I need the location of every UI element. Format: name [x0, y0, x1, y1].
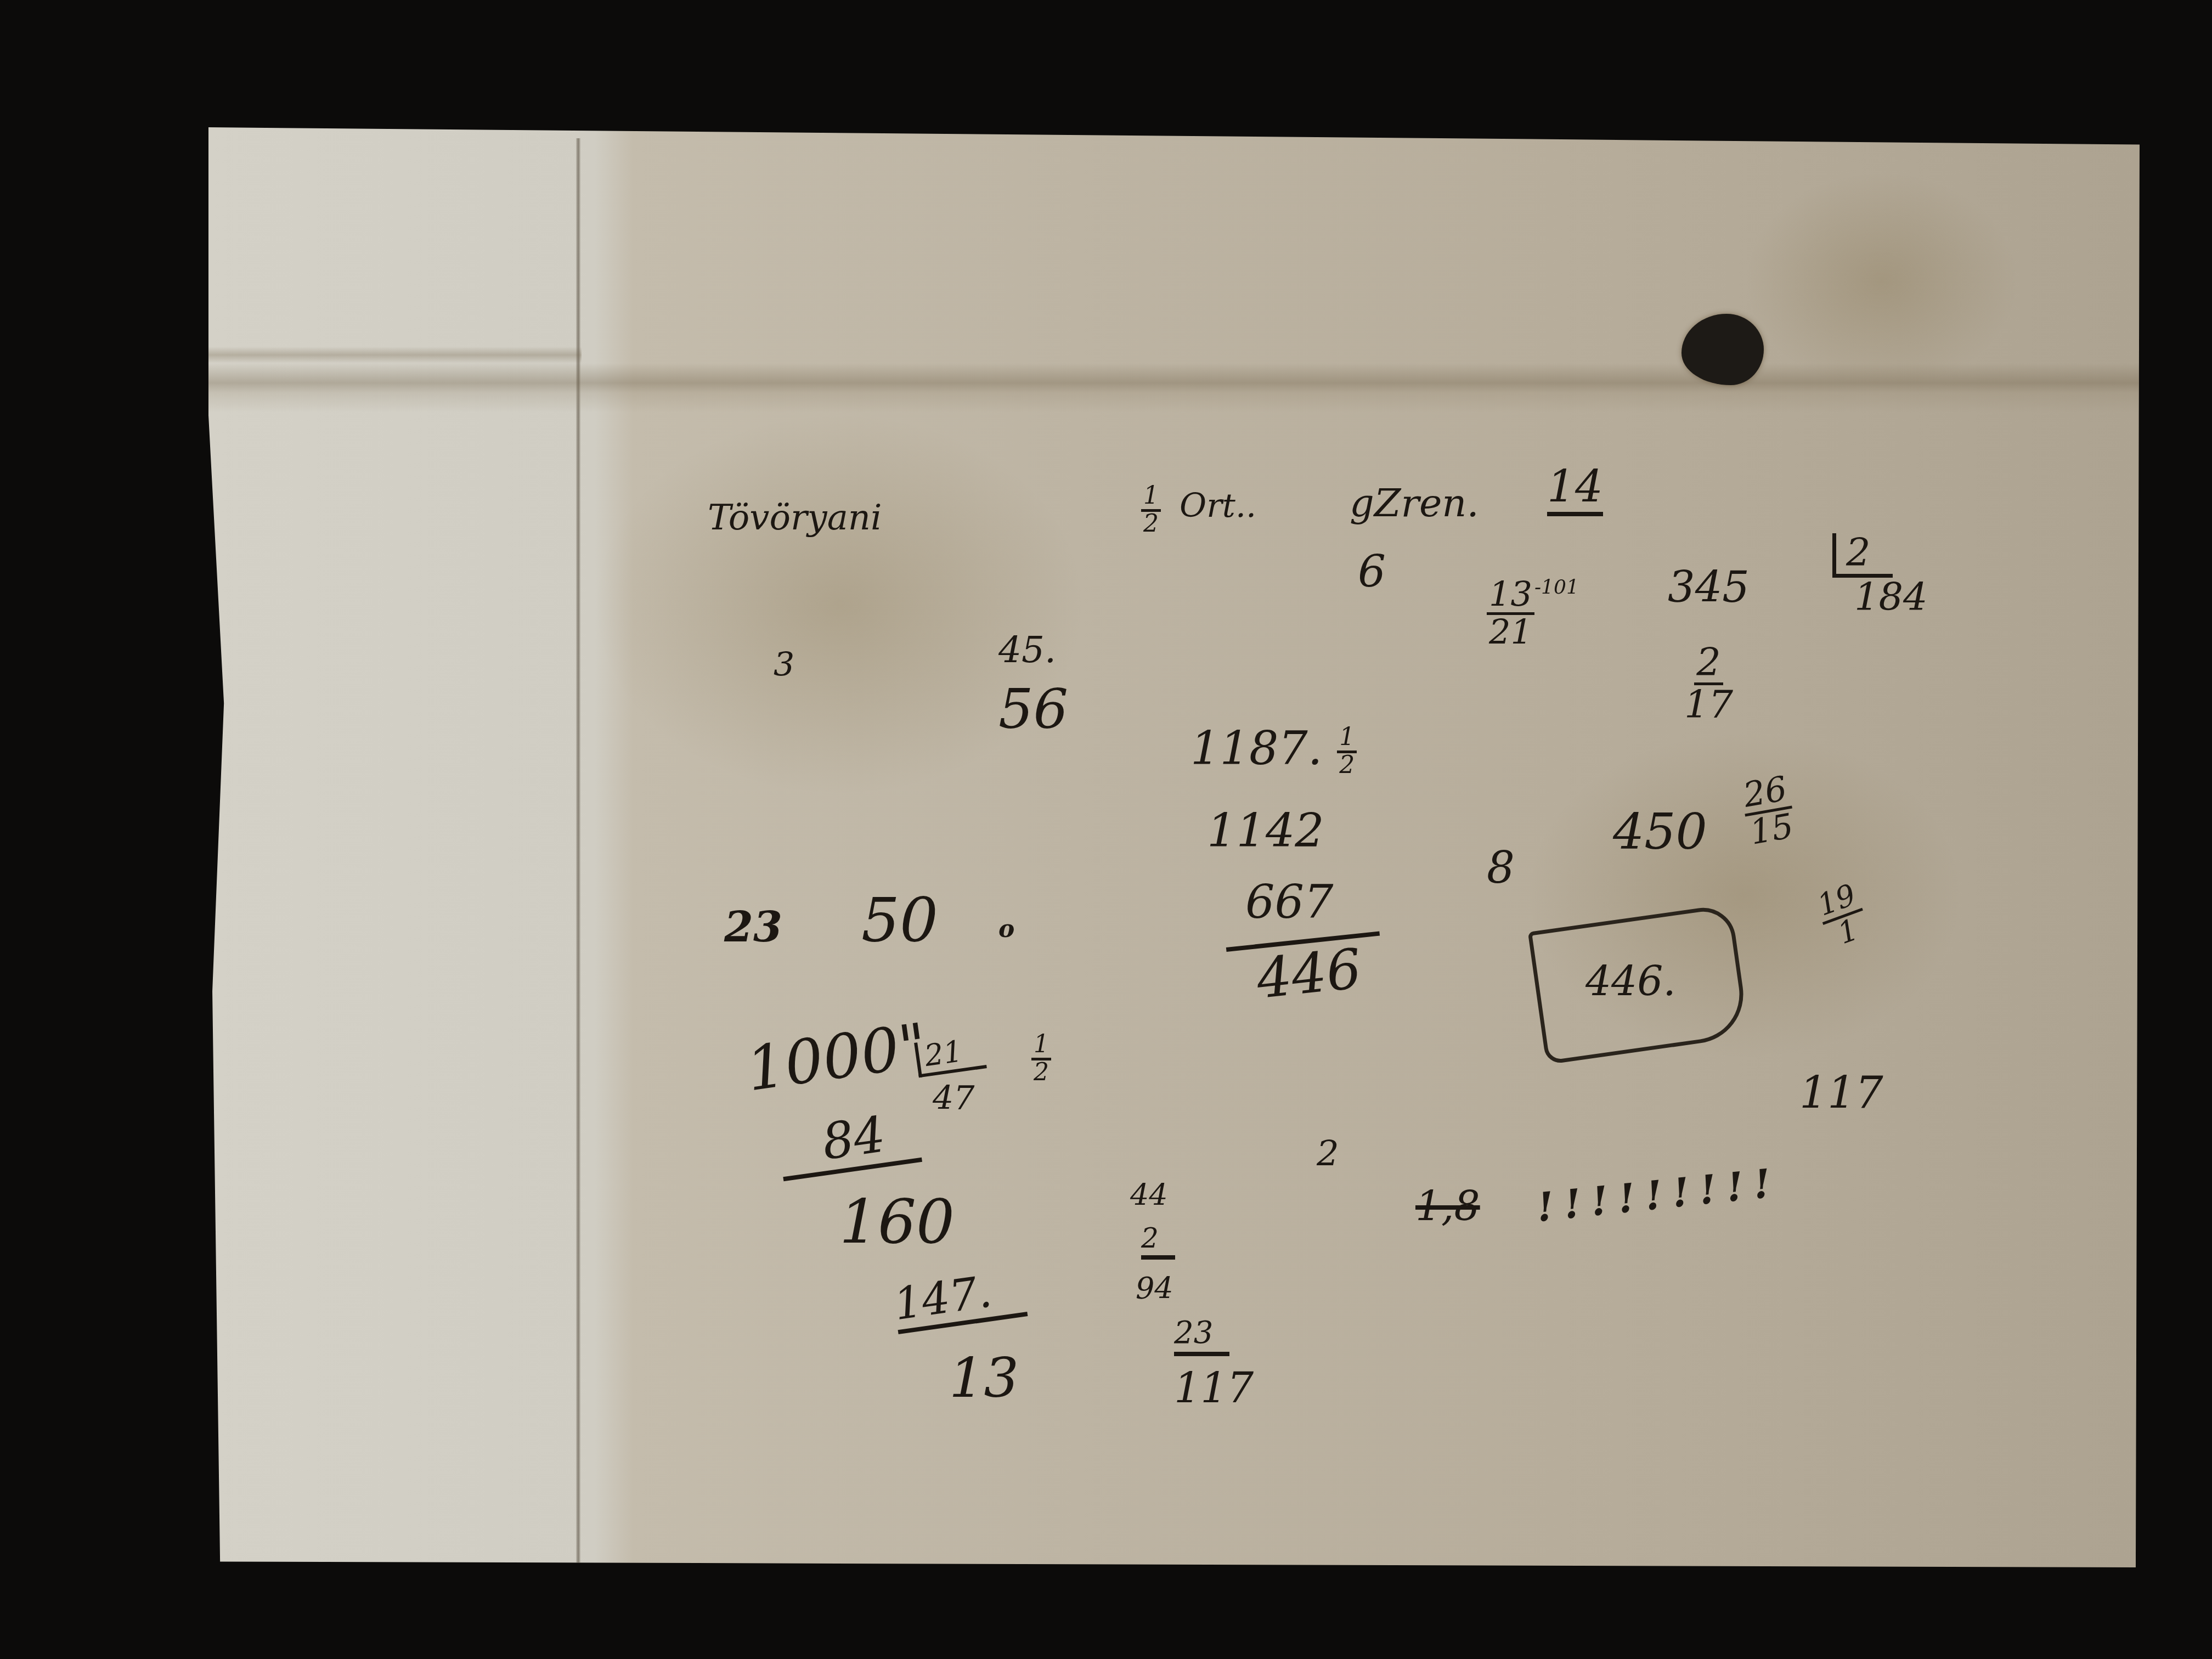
number-2: 2	[1317, 1137, 1339, 1172]
division-step-2: 147.	[891, 1265, 1028, 1334]
header-fraction: 12	[1141, 484, 1161, 536]
sum-total: 446	[1226, 932, 1386, 1010]
horizontal-fold-line-left	[208, 347, 582, 363]
number-117-right: 117	[1799, 1071, 1883, 1115]
header-word: Tövöryani	[708, 500, 882, 535]
division-dividend: 1000"	[743, 1015, 931, 1100]
division-divisor: 21	[914, 1034, 986, 1078]
division-quotient: 47	[933, 1082, 974, 1115]
division-step-1: 84	[776, 1105, 922, 1181]
fraction-2-17: 217	[1684, 643, 1733, 724]
number-50: 50	[861, 890, 938, 950]
column-44-result: 117	[1174, 1367, 1254, 1409]
column-44-top: 44	[1130, 1181, 1168, 1210]
boxed-result: 446.	[1585, 961, 1676, 1002]
number-345: 345	[1668, 566, 1750, 609]
below-header-number: 6	[1358, 550, 1386, 594]
division-2-184: 2 184	[1832, 533, 1928, 616]
sum-line-1: 1187. 12	[1190, 725, 1357, 777]
sum-line-2: 1142	[1207, 808, 1324, 854]
stack-45-56: 45.56	[998, 627, 1068, 745]
sum-line-3: 667	[1245, 879, 1333, 925]
column-44-multiplier: 2	[1141, 1224, 1175, 1260]
fraction-13-21: 1321-101	[1487, 577, 1579, 649]
header-number: 14	[1547, 465, 1603, 516]
column-44-line-3: 94	[1136, 1274, 1173, 1304]
water-stain	[1745, 171, 2019, 391]
header-text: Ort..	[1180, 489, 1256, 522]
paper-sheet: Tövöryani 12 Ort.. gZren. 14 6 1321-101 …	[208, 127, 2140, 1567]
small-mark: o	[998, 917, 1014, 941]
division-half: 12	[1031, 1032, 1051, 1085]
number-3: 3	[774, 648, 794, 681]
header-word-2: gZren.	[1350, 484, 1479, 522]
paper-hole	[1681, 314, 1764, 385]
number-23: 23	[724, 906, 782, 948]
division-remainder-2: 13	[949, 1351, 1019, 1406]
number-8: 8	[1487, 846, 1515, 890]
tally-marks: !!!!!!!!!	[1534, 1163, 1782, 1227]
crossed-out-number: 1,8	[1415, 1186, 1480, 1227]
division-remainder-1: 160	[839, 1192, 955, 1252]
number-450: 450	[1613, 808, 1707, 857]
column-44-line-4: 23	[1174, 1318, 1229, 1356]
